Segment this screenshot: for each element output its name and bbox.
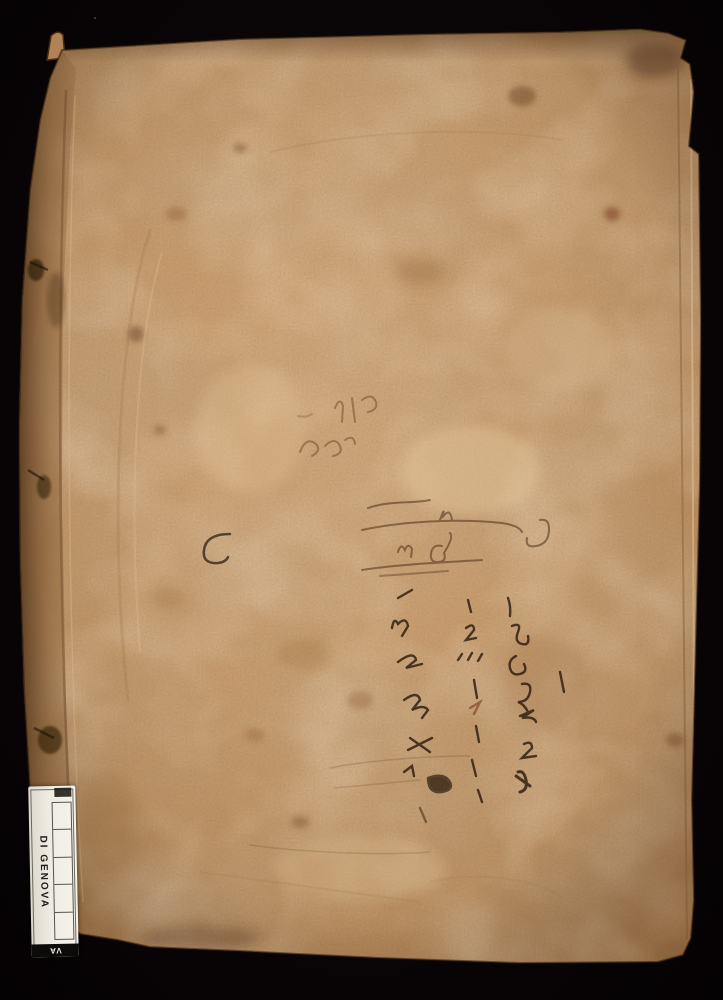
label-text: DI GENOVA bbox=[34, 806, 53, 938]
vignette bbox=[0, 0, 723, 1000]
label-band-text: VA bbox=[49, 946, 62, 955]
label-grid-cell bbox=[53, 830, 72, 858]
label-grid bbox=[52, 802, 75, 940]
label-grid-cell bbox=[54, 857, 73, 885]
label-grid-cell bbox=[54, 885, 73, 913]
archival-spine-label: DI GENOVA VA bbox=[28, 786, 79, 958]
label-grid-cell bbox=[55, 912, 74, 939]
label-black-band: VA bbox=[32, 943, 79, 957]
label-face: DI GENOVA VA bbox=[28, 786, 79, 958]
photo-canvas: DI GENOVA VA bbox=[0, 0, 723, 1000]
label-grid-cell bbox=[53, 803, 72, 831]
label-black-notch bbox=[54, 788, 71, 797]
book-cover-illustration bbox=[0, 0, 723, 1000]
book-cover bbox=[0, 0, 723, 1000]
